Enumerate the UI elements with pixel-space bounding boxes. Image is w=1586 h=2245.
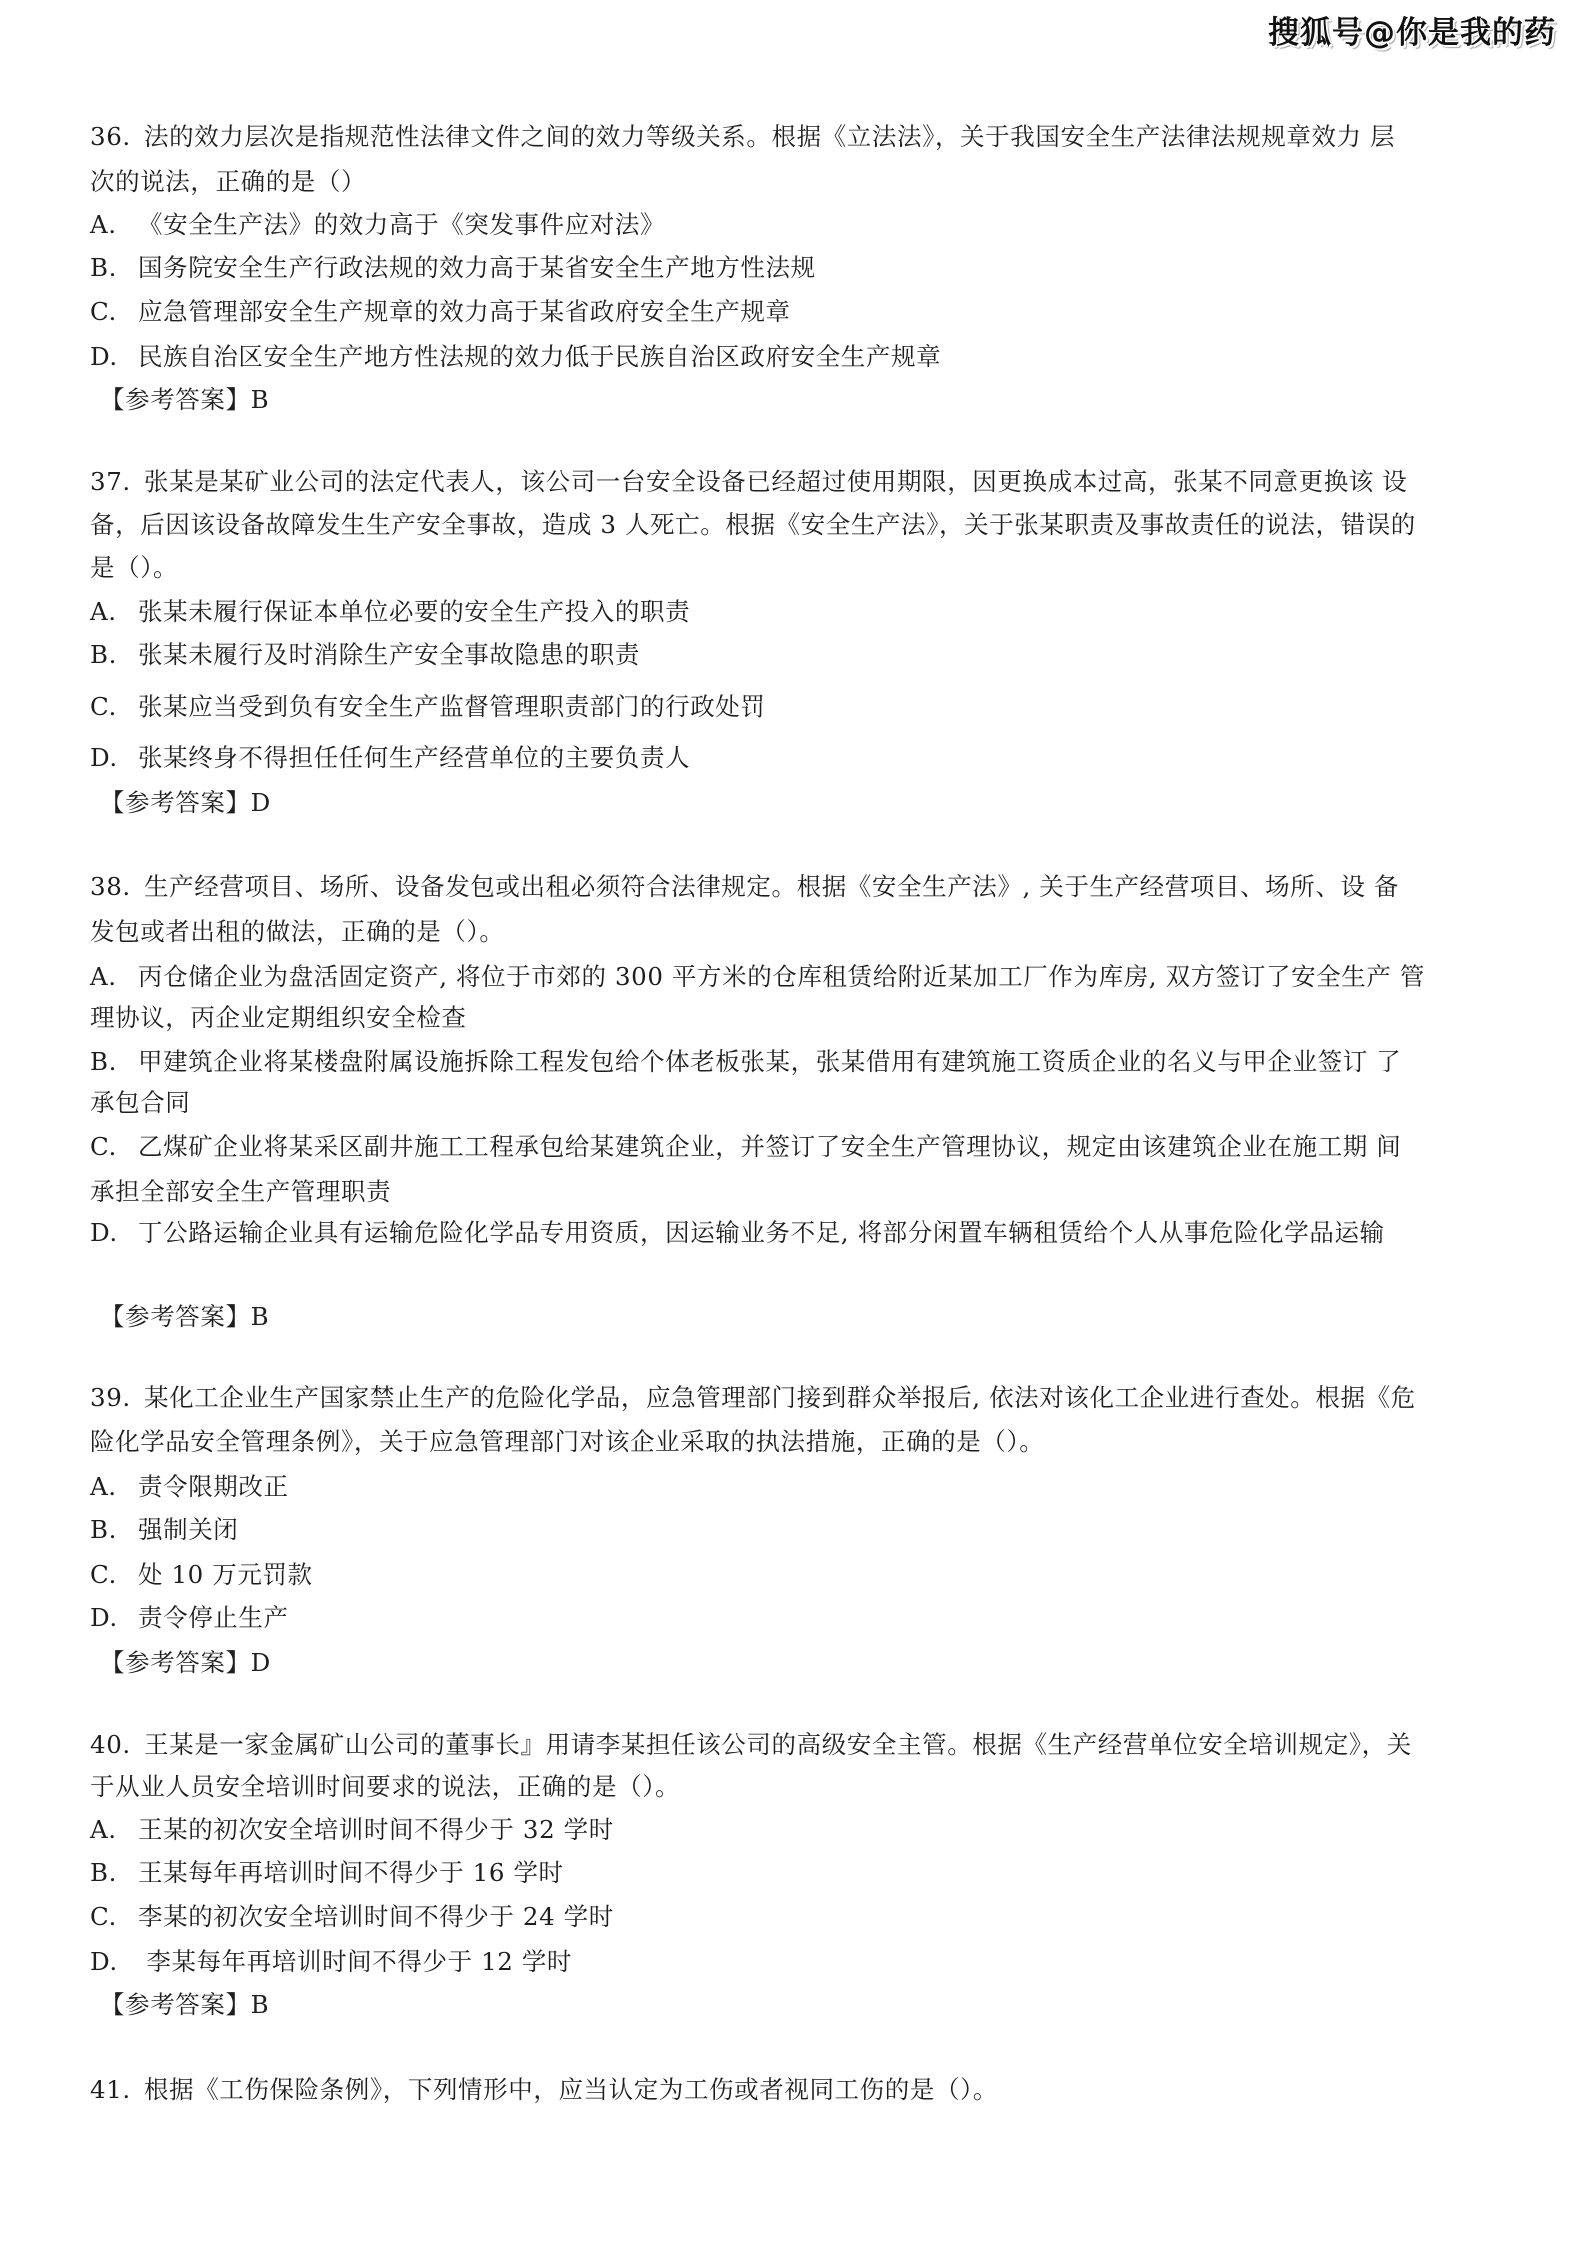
option-c: C.张某应当受到负有安全生产监督管理职责部门的行政处罚 bbox=[90, 692, 766, 722]
option-label: C. bbox=[90, 297, 138, 327]
answer-value: B bbox=[251, 1990, 270, 2019]
option-label: D. bbox=[90, 1947, 138, 1977]
option-label: D. bbox=[90, 1603, 138, 1633]
answer-value: B bbox=[251, 385, 270, 414]
option-c: C.应急管理部安全生产规章的效力高于某省政府安全生产规章 bbox=[90, 297, 791, 327]
stem-text: 法的效力层次是指规范性法律文件之间的效力等级关系。根据《立法法》，关于我国安全生… bbox=[144, 122, 1395, 151]
option-b: B.王某每年再培训时间不得少于 16 学时 bbox=[90, 1858, 564, 1888]
option-a: A.张某未履行保证本单位必要的安全生产投入的职责 bbox=[90, 597, 690, 627]
option-text: 《安全生产法》的效力高于《突发事件应对法》 bbox=[138, 210, 665, 239]
option-text: 张某终身不得担任任何生产经营单位的主要负责人 bbox=[138, 743, 690, 772]
answer-label: 【参考答案】 bbox=[100, 1648, 251, 1677]
question-stem-line: 40.王某是一家金属矿山公司的董事长』用请李某担任该公司的高级安全主管。根据《生… bbox=[90, 1730, 1412, 1760]
question-number: 36. bbox=[90, 122, 144, 152]
option-label: A. bbox=[90, 1472, 138, 1502]
reference-answer: 【参考答案】D bbox=[100, 788, 271, 818]
option-text: 国务院安全生产行政法规的效力高于某省安全生产地方性法规 bbox=[138, 253, 816, 282]
option-text: 处 10 万元罚款 bbox=[138, 1560, 313, 1589]
question-stem-line: 险化学品安全管理条例》，关于应急管理部门对该企业采取的执法措施，正确的是（）。 bbox=[90, 1427, 1044, 1457]
option-b: B.张某未履行及时消除生产安全事故隐患的职责 bbox=[90, 640, 640, 670]
question-stem-line: 36.法的效力层次是指规范性法律文件之间的效力等级关系。根据《立法法》，关于我国… bbox=[90, 122, 1395, 152]
option-text: 应急管理部安全生产规章的效力高于某省政府安全生产规章 bbox=[138, 297, 791, 326]
option-c-continued: 承担全部安全生产管理职责 bbox=[90, 1177, 391, 1207]
option-a: A.《安全生产法》的效力高于《突发事件应对法》 bbox=[90, 210, 665, 240]
option-text: 责令停止生产 bbox=[138, 1603, 289, 1632]
option-text: 强制关闭 bbox=[138, 1515, 238, 1544]
question-number: 39. bbox=[90, 1383, 144, 1413]
option-text: 李某每年再培训时间不得少于 12 学时 bbox=[138, 1947, 572, 1976]
option-text: 丁公路运输企业具有运输危险化学品专用资质，因运输业务不足, 将部分闲置车辆租赁给… bbox=[138, 1218, 1385, 1247]
option-c: C.乙煤矿企业将某采区副井施工工程承包给某建筑企业，并签订了安全生产管理协议，规… bbox=[90, 1132, 1401, 1162]
option-label: A. bbox=[90, 1815, 138, 1845]
option-b: B.甲建筑企业将某楼盘附属设施拆除工程发包给个体老板张某，张某借用有建筑施工资质… bbox=[90, 1047, 1401, 1077]
option-c: C.李某的初次安全培训时间不得少于 24 学时 bbox=[90, 1902, 614, 1932]
option-label: C. bbox=[90, 1560, 138, 1590]
option-label: D. bbox=[90, 1218, 138, 1248]
question-stem-line: 发包或者出租的做法，正确的是（）。 bbox=[90, 917, 504, 947]
reference-answer: 【参考答案】D bbox=[100, 1648, 271, 1678]
option-label: B. bbox=[90, 1515, 138, 1545]
option-a: A.丙仓储企业为盘活固定资产, 将位于市郊的 300 平方米的仓库租赁给附近某加… bbox=[90, 962, 1425, 992]
stem-text: 王某是一家金属矿山公司的董事长』用请李某担任该公司的高级安全主管。根据《生产经营… bbox=[144, 1730, 1412, 1759]
option-text: 王某每年再培训时间不得少于 16 学时 bbox=[138, 1858, 564, 1887]
option-label: C. bbox=[90, 1902, 138, 1932]
option-a-continued: 理协议，丙企业定期组织安全检查 bbox=[90, 1003, 467, 1033]
option-label: B. bbox=[90, 640, 138, 670]
stem-text: 生产经营项目、场所、设备发包或出租必须符合法律规定。根据《安全生产法》, 关于生… bbox=[144, 872, 1399, 901]
answer-value: D bbox=[251, 1648, 271, 1677]
question-stem-line: 是（）。 bbox=[90, 553, 178, 583]
option-label: C. bbox=[90, 692, 138, 722]
question-stem-line: 37.张某是某矿业公司的法定代表人，该公司一台安全设备已经超过使用期限，因更换成… bbox=[90, 467, 1407, 497]
option-text: 责令限期改正 bbox=[138, 1472, 289, 1501]
option-label: A. bbox=[90, 210, 138, 240]
option-label: C. bbox=[90, 1132, 138, 1162]
option-text: 乙煤矿企业将某采区副井施工工程承包给某建筑企业，并签订了安全生产管理协议，规定由… bbox=[138, 1132, 1401, 1161]
stem-text: 张某是某矿业公司的法定代表人，该公司一台安全设备已经超过使用期限，因更换成本过高… bbox=[144, 467, 1407, 496]
option-text: 张某未履行保证本单位必要的安全生产投入的职责 bbox=[138, 597, 690, 626]
question-number: 37. bbox=[90, 467, 144, 497]
reference-answer: 【参考答案】B bbox=[100, 1302, 269, 1332]
option-b: B.强制关闭 bbox=[90, 1515, 238, 1545]
option-text: 丙仓储企业为盘活固定资产, 将位于市郊的 300 平方米的仓库租赁给附近某加工厂… bbox=[138, 962, 1425, 991]
answer-value: B bbox=[251, 1302, 270, 1331]
option-label: A. bbox=[90, 962, 138, 992]
answer-label: 【参考答案】 bbox=[100, 1302, 251, 1331]
option-c: C.处 10 万元罚款 bbox=[90, 1560, 313, 1590]
option-b: B.国务院安全生产行政法规的效力高于某省安全生产地方性法规 bbox=[90, 253, 816, 283]
option-d: D.责令停止生产 bbox=[90, 1603, 289, 1633]
watermark: 搜狐号@你是我的药 bbox=[1268, 10, 1556, 56]
option-text: 王某的初次安全培训时间不得少于 32 学时 bbox=[138, 1815, 614, 1844]
option-text: 民族自治区安全生产地方性法规的效力低于民族自治区政府安全生产规章 bbox=[138, 342, 941, 371]
reference-answer: 【参考答案】B bbox=[100, 1990, 269, 2020]
option-text: 甲建筑企业将某楼盘附属设施拆除工程发包给个体老板张某，张某借用有建筑施工资质企业… bbox=[138, 1047, 1401, 1076]
option-a: A.责令限期改正 bbox=[90, 1472, 289, 1502]
reference-answer: 【参考答案】B bbox=[100, 385, 269, 415]
option-a: A.王某的初次安全培训时间不得少于 32 学时 bbox=[90, 1815, 614, 1845]
option-label: B. bbox=[90, 1858, 138, 1888]
question-number: 41. bbox=[90, 2075, 144, 2105]
option-text: 张某未履行及时消除生产安全事故隐患的职责 bbox=[138, 640, 640, 669]
option-text: 李某的初次安全培训时间不得少于 24 学时 bbox=[138, 1902, 614, 1931]
option-label: A. bbox=[90, 597, 138, 627]
option-label: D. bbox=[90, 342, 138, 372]
question-stem-line: 于从业人员安全培训时间要求的说法，正确的是（）。 bbox=[90, 1772, 680, 1802]
stem-text: 某化工企业生产国家禁止生产的危险化学品，应急管理部门接到群众举报后, 依法对该化… bbox=[144, 1383, 1416, 1412]
answer-label: 【参考答案】 bbox=[100, 788, 251, 817]
option-label: D. bbox=[90, 743, 138, 773]
option-d: D.民族自治区安全生产地方性法规的效力低于民族自治区政府安全生产规章 bbox=[90, 342, 941, 372]
answer-label: 【参考答案】 bbox=[100, 1990, 251, 2019]
question-stem-line: 次的说法，正确的是（） bbox=[90, 167, 366, 197]
question-stem-line: 38.生产经营项目、场所、设备发包或出租必须符合法律规定。根据《安全生产法》, … bbox=[90, 872, 1399, 902]
question-stem-line: 41.根据《工伤保险条例》，下列情形中，应当认定为工伤或者视同工伤的是（）。 bbox=[90, 2075, 998, 2105]
question-number: 40. bbox=[90, 1730, 144, 1760]
question-stem-line: 备，后因该设备故障发生生产安全事故，造成 3 人死亡。根据《安全生产法》，关于张… bbox=[90, 510, 1416, 540]
option-d: D.张某终身不得担任任何生产经营单位的主要负责人 bbox=[90, 743, 690, 773]
answer-value: D bbox=[251, 788, 271, 817]
option-d: D.丁公路运输企业具有运输危险化学品专用资质，因运输业务不足, 将部分闲置车辆租… bbox=[90, 1218, 1385, 1248]
option-label: B. bbox=[90, 253, 138, 283]
option-label: B. bbox=[90, 1047, 138, 1077]
option-d: D. 李某每年再培训时间不得少于 12 学时 bbox=[90, 1947, 572, 1977]
option-b-continued: 承包合同 bbox=[90, 1088, 190, 1118]
question-number: 38. bbox=[90, 872, 144, 902]
option-text: 张某应当受到负有安全生产监督管理职责部门的行政处罚 bbox=[138, 692, 766, 721]
answer-label: 【参考答案】 bbox=[100, 385, 251, 414]
question-stem-line: 39.某化工企业生产国家禁止生产的危险化学品，应急管理部门接到群众举报后, 依法… bbox=[90, 1383, 1416, 1413]
stem-text: 根据《工伤保险条例》，下列情形中，应当认定为工伤或者视同工伤的是（）。 bbox=[144, 2075, 998, 2104]
